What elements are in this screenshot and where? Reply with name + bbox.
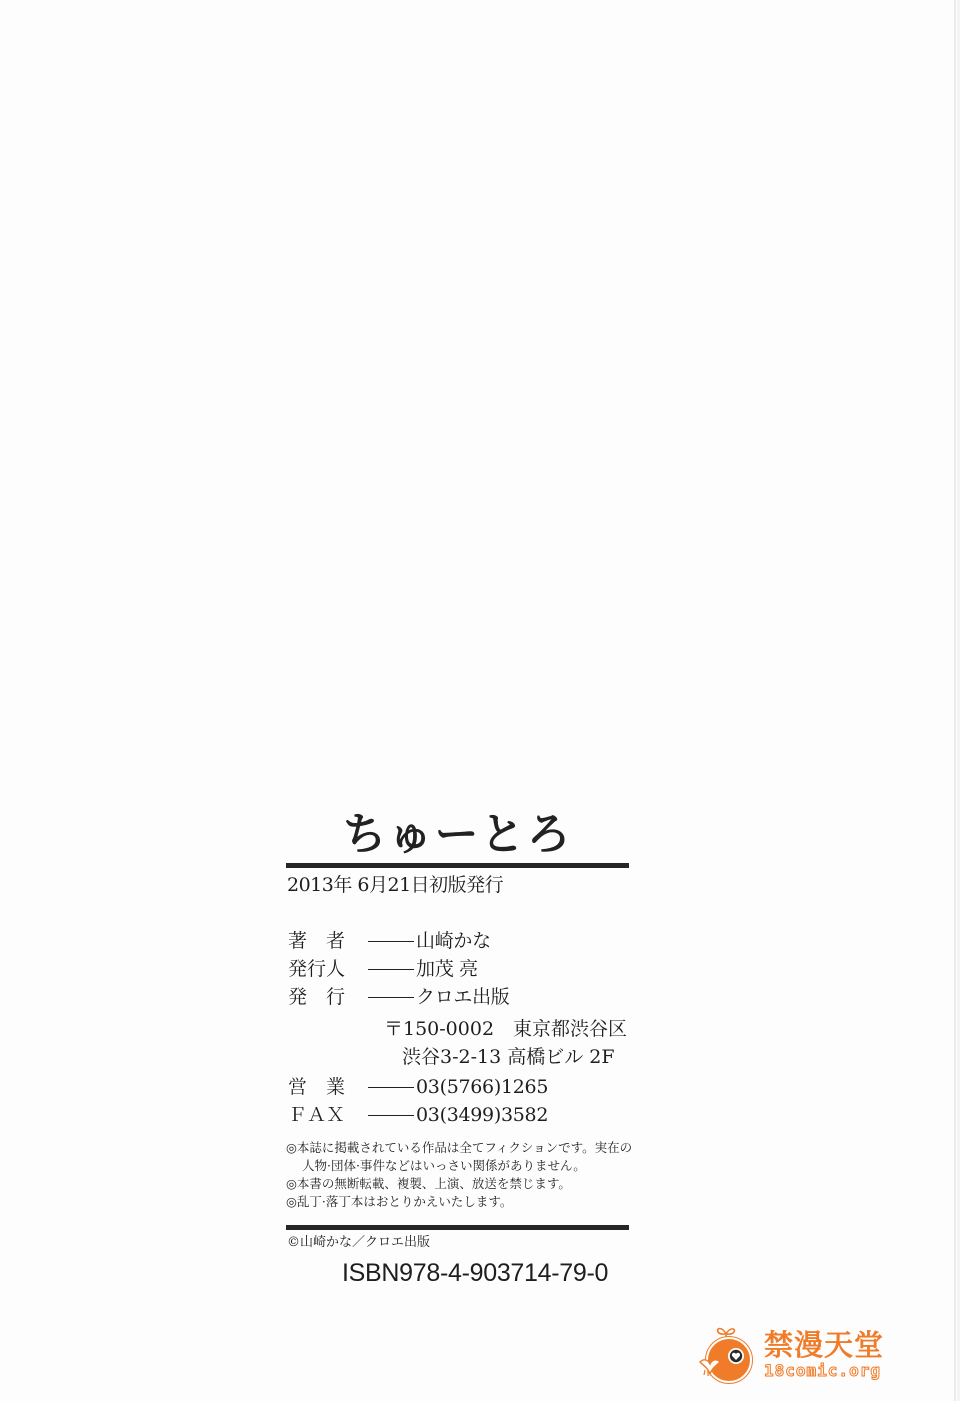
isbn-number: ISBN978-4-903714-79-0 (342, 1259, 608, 1288)
address-line-1: 〒150-0002 東京都渋谷区 (384, 1015, 627, 1043)
contact-value: 03(5766)1265 (416, 1073, 548, 1101)
credit-value: 加茂 亮 (416, 955, 478, 983)
note-fiction-cont: 人物·団体·事件などはいっさい関係がありません。 (286, 1157, 636, 1175)
contact-row-fax: ＦＡＸ 03(3499)3582 (288, 1101, 548, 1129)
contact-label: 営 業 (288, 1073, 368, 1101)
note-replacement: ◎乱丁·落丁本はおとりかえいたします。 (286, 1193, 636, 1211)
book-title: ちゅーとろ (286, 798, 629, 862)
credit-row-publisher-person: 発行人 加茂 亮 (288, 955, 478, 983)
credit-label: 著 者 (288, 927, 368, 955)
credit-row-author: 著 者 山崎かな (288, 927, 491, 955)
address-line-2: 渋谷3-2-13 高橋ビル 2F (402, 1043, 615, 1071)
credit-value: 山崎かな (416, 927, 491, 955)
credit-value: クロエ出版 (416, 983, 510, 1011)
leader-dash (368, 983, 416, 1011)
publication-date: 2013年 6月21日初版発行 (287, 870, 503, 897)
note-reproduction: ◎本書の無断転載、複製、上演、放送を禁じます。 (286, 1175, 636, 1193)
site-watermark: 禁漫天堂 18comic.org (696, 1318, 926, 1390)
bottom-rule-divider (286, 1225, 629, 1230)
top-rule-divider (286, 863, 629, 868)
watermark-text: 禁漫天堂 18comic.org (764, 1328, 884, 1380)
leader-dash (368, 955, 416, 983)
contact-row-sales: 営 業 03(5766)1265 (288, 1073, 548, 1101)
leader-dash (368, 927, 416, 955)
watermark-url: 18comic.org (764, 1362, 881, 1380)
leader-dash (368, 1073, 416, 1101)
credit-label: 発 行 (288, 983, 368, 1011)
credit-row-publisher: 発 行 クロエ出版 (288, 983, 510, 1011)
whale-logo-icon (696, 1322, 760, 1386)
legal-notes: ◎本誌に掲載されている作品は全てフィクションです。実在の 人物·団体·事件などは… (286, 1139, 636, 1211)
leader-dash (368, 1101, 416, 1129)
contact-value: 03(3499)3582 (416, 1101, 548, 1129)
scan-edge-line (954, 0, 956, 1401)
contact-label: ＦＡＸ (288, 1101, 368, 1129)
copyright-line: ©山崎かな／クロエ出版 (287, 1231, 430, 1250)
watermark-brand: 禁漫天堂 (764, 1328, 884, 1362)
note-fiction: ◎本誌に掲載されている作品は全てフィクションです。実在の (286, 1139, 636, 1157)
credit-label: 発行人 (288, 955, 368, 983)
